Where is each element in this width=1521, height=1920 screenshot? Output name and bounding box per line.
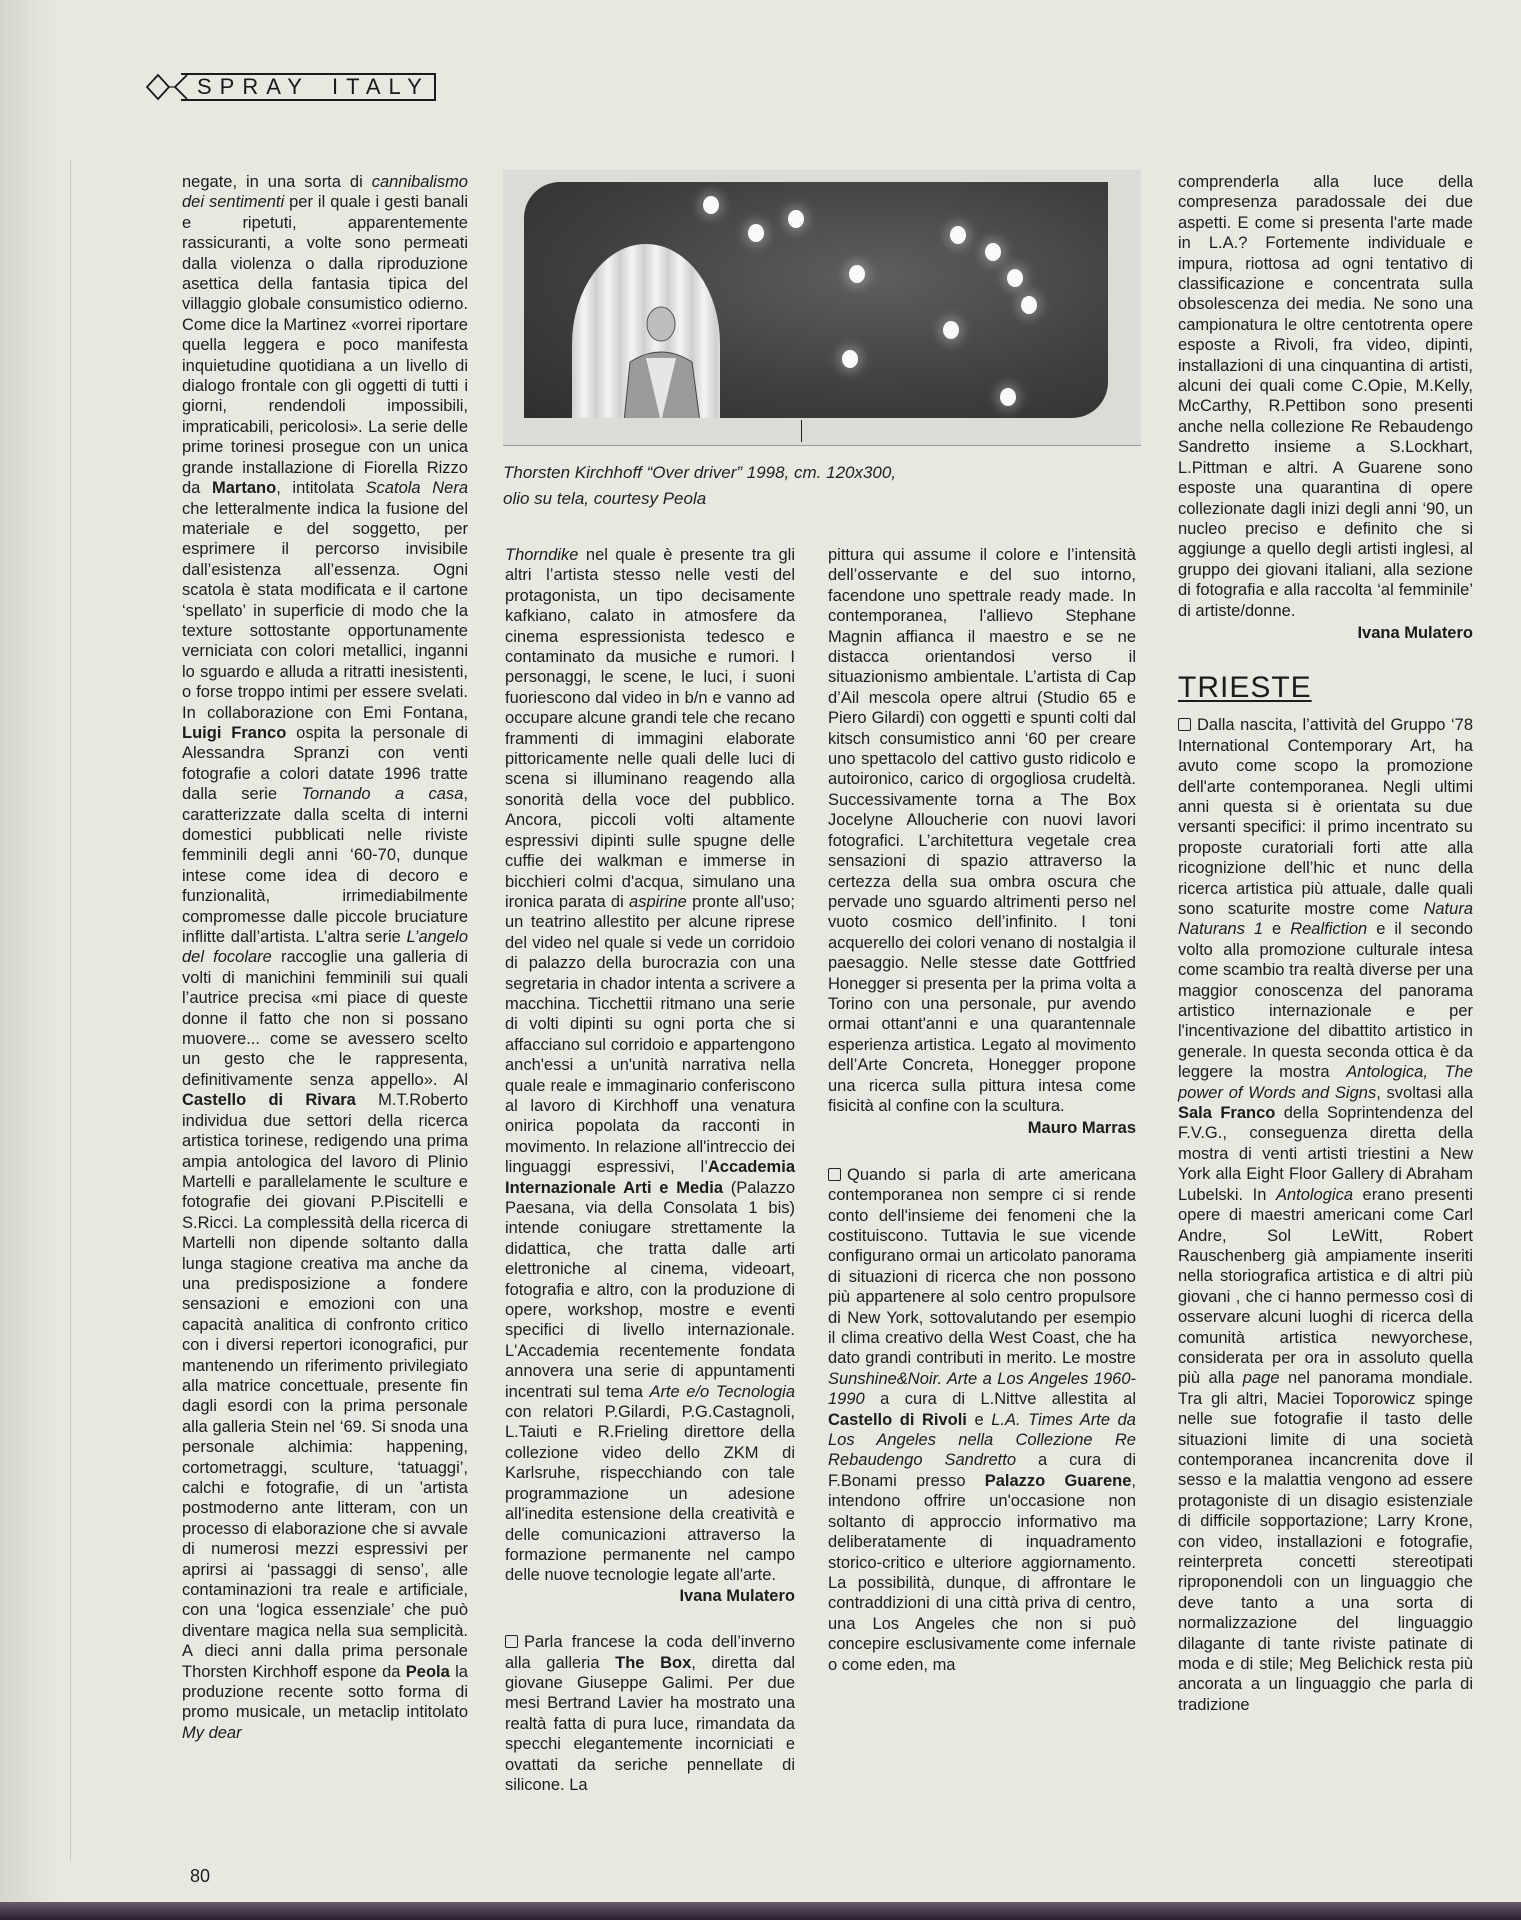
light-spot (788, 210, 804, 228)
section-header: SPRAY ITALY (145, 72, 436, 102)
author-signature: Mauro Marras (828, 1118, 1136, 1138)
page-edge (0, 0, 60, 1920)
light-spot (842, 350, 858, 368)
light-spot (703, 196, 719, 214)
light-spot (1021, 296, 1037, 314)
paragraph: Dalla nascita, l’attività del Gruppo ‘78… (1178, 715, 1473, 1715)
article-column-4: comprenderla alla luce della compresenza… (1178, 172, 1473, 1715)
figure-caption: Thorsten Kirchhoff “Over driver” 1998, c… (503, 460, 923, 512)
square-bullet-icon (1178, 718, 1191, 731)
man-figure (616, 302, 706, 418)
section-heading-trieste: TRIESTE (1178, 671, 1473, 705)
article-column-3: pittura qui assume il colore e l’intensi… (828, 545, 1136, 1675)
paragraph: negate, in una sorta di cannibalismo dei… (182, 172, 468, 1743)
article-column-1: negate, in una sorta di cannibalismo dei… (182, 172, 468, 1743)
light-spot (985, 243, 1001, 261)
square-bullet-icon (505, 1635, 518, 1648)
paragraph: Thorndike nel quale è presente tra gli a… (505, 545, 795, 1586)
light-spot (748, 224, 764, 242)
light-spot (950, 226, 966, 244)
section-label-spray: SPRAY (197, 74, 310, 100)
light-spot (849, 265, 865, 283)
painting-canvas (524, 182, 1108, 418)
paragraph: pittura qui assume il colore e l’intensi… (828, 545, 1136, 1116)
author-signature: Ivana Mulatero (1178, 623, 1473, 643)
page-bottom-edge (0, 1902, 1521, 1920)
page-number: 80 (190, 1866, 210, 1887)
light-spot (1007, 269, 1023, 287)
article-column-2: Thorndike nel quale è presente tra gli a… (505, 545, 795, 1795)
hanging-wire (801, 420, 802, 442)
section-label-italy: ITALY (332, 74, 430, 100)
paragraph: Quando si parla di arte americana contem… (828, 1165, 1136, 1675)
paragraph: comprenderla alla luce della compresenza… (1178, 172, 1473, 621)
artwork-photo (503, 170, 1141, 446)
square-bullet-icon (828, 1168, 841, 1181)
fold-line (70, 160, 71, 1860)
section-label-box: SPRAY ITALY (181, 73, 436, 101)
author-signature: Ivana Mulatero (679, 1586, 795, 1606)
paragraph: Parla francese la coda dell’inverno alla… (505, 1632, 795, 1795)
light-spot (1000, 388, 1016, 406)
light-spot (943, 321, 959, 339)
